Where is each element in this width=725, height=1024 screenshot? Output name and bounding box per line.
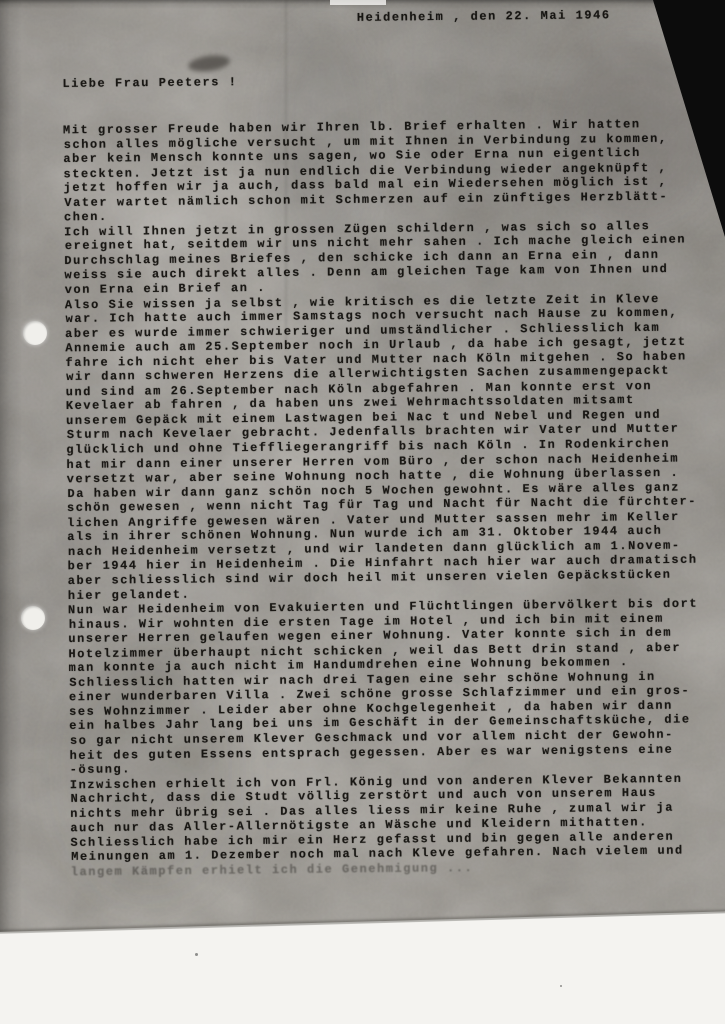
letter-paragraph: Inzwischen erhielt ich von Frl. König un… <box>70 771 725 880</box>
letter-paragraph: Mit grosser Freude haben wir Ihren lb. B… <box>63 116 719 225</box>
date-line: Heidenheim , den 22. Mai 1946 <box>357 8 611 25</box>
dust-speck <box>560 985 562 987</box>
dust-speck <box>195 953 198 956</box>
letter-text: Heidenheim , den 22. Mai 1946 Liebe Frau… <box>0 0 725 1024</box>
letter-body: Mit grosser Freude haben wir Ihren lb. B… <box>63 116 725 879</box>
letter-paragraph: Ich will Ihnen jetzt in grossen Zügen sc… <box>64 218 720 298</box>
salutation: Liebe Frau Peeters ! <box>62 75 237 91</box>
scanned-letter-page: Heidenheim , den 22. Mai 1946 Liebe Frau… <box>0 0 725 1024</box>
letter-paragraph: Also Sie wissen ja selbst , wie kritisch… <box>65 291 723 603</box>
punch-hole-top <box>23 321 47 345</box>
letter-paragraph: Nun war Heidenheim von Evakuierten und F… <box>68 596 725 777</box>
punch-hole-bottom <box>21 606 45 630</box>
